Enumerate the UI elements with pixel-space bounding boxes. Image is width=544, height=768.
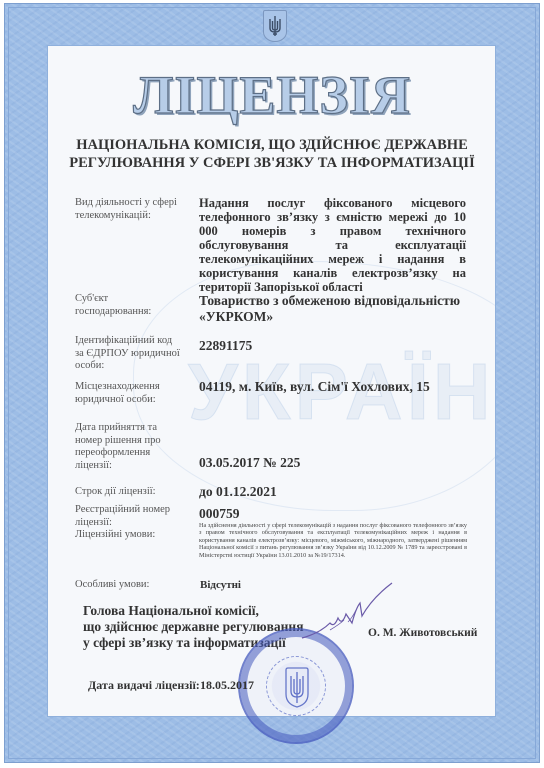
issuer-line-1: НАЦІОНАЛЬНА КОМІСІЯ, ЩО ЗДІЙСНЮЄ ДЕРЖАВН… — [0, 136, 544, 154]
registration-label: Реєстраційний номер ліцензії: — [75, 504, 170, 529]
conditions-value: На здійснення діяльності у сфері телеком… — [199, 522, 467, 559]
edrpou-label: Ідентифікаційний код за ЄДРПОУ юридичної… — [75, 335, 180, 373]
decision-label-line-3: переоформлення — [75, 447, 161, 460]
country-watermark: УКРАЇНА — [188, 346, 496, 456]
address-label-line-1: Місцезнаходження — [75, 381, 160, 394]
validity-label: Строк дії ліцензії: — [75, 486, 156, 499]
entity-label: Суб'єкт господарювання: — [75, 293, 151, 318]
issue-date-label: Дата видачі ліцензії: — [88, 678, 200, 693]
decision-label-line-1: Дата прийняття та — [75, 422, 161, 435]
entity-value: Товариство з обмеженою відповідальністю … — [199, 293, 460, 325]
activity-label-line-1: Вид діяльності у сфері — [75, 197, 177, 210]
signatory-position-line-1: Голова Національної комісії, — [83, 603, 304, 619]
edrpou-label-line-2: за ЄДРПОУ юридичної — [75, 348, 180, 361]
activity-label-line-2: телекомунікацій: — [75, 210, 177, 223]
registration-label-line-2: ліцензії: — [75, 517, 170, 530]
decision-label-line-2: номер рішення про — [75, 435, 161, 448]
issuer-heading: НАЦІОНАЛЬНА КОМІСІЯ, ЩО ЗДІЙСНЮЄ ДЕРЖАВН… — [0, 136, 544, 172]
document-title: ЛІЦЕНЗІЯ — [0, 64, 544, 126]
registration-label-line-1: Реєстраційний номер — [75, 504, 170, 517]
signer-name: О. М. Животовський — [368, 627, 477, 639]
entity-value-line-1: Товариство з обмеженою відповідальністю — [199, 293, 460, 309]
entity-label-line-2: господарювання: — [75, 306, 151, 319]
address-label: Місцезнаходження юридичної особи: — [75, 381, 160, 406]
address-label-line-2: юридичної особи: — [75, 394, 160, 407]
conditions-label: Ліцензійні умови: — [75, 529, 155, 542]
official-seal-icon — [238, 628, 354, 744]
entity-value-line-2: «УКРКОМ» — [199, 309, 460, 325]
edrpou-label-line-1: Ідентифікаційний код — [75, 335, 180, 348]
special-conditions-label: Особливі умови: — [75, 579, 149, 592]
issuer-line-2: РЕГУЛЮВАННЯ У СФЕРІ ЗВ'ЯЗКУ ТА ІНФОРМАТИ… — [0, 154, 544, 172]
decision-value: 03.05.2017 № 225 — [199, 456, 300, 470]
activity-label: Вид діяльності у сфері телекомунікацій: — [75, 197, 177, 222]
validity-value: до 01.12.2021 — [199, 485, 277, 499]
edrpou-label-line-3: особи: — [75, 360, 180, 373]
edrpou-value: 22891175 — [199, 339, 252, 353]
entity-label-line-1: Суб'єкт — [75, 293, 151, 306]
activity-value: Надання послуг фіксованого місцевого тел… — [199, 196, 466, 294]
trident-coat-of-arms-icon — [263, 10, 287, 42]
decision-label-line-4: ліцензії: — [75, 460, 161, 473]
decision-label: Дата прийняття та номер рішення про пере… — [75, 422, 161, 472]
address-value: 04119, м. Київ, вул. Сім'ї Хохлових, 15 — [199, 380, 430, 394]
registration-value: 000759 — [199, 507, 240, 521]
special-conditions-value: Відсутні — [200, 578, 241, 592]
seal-trident-icon — [282, 666, 312, 708]
issue-date-value: 18.05.2017 — [200, 678, 254, 693]
